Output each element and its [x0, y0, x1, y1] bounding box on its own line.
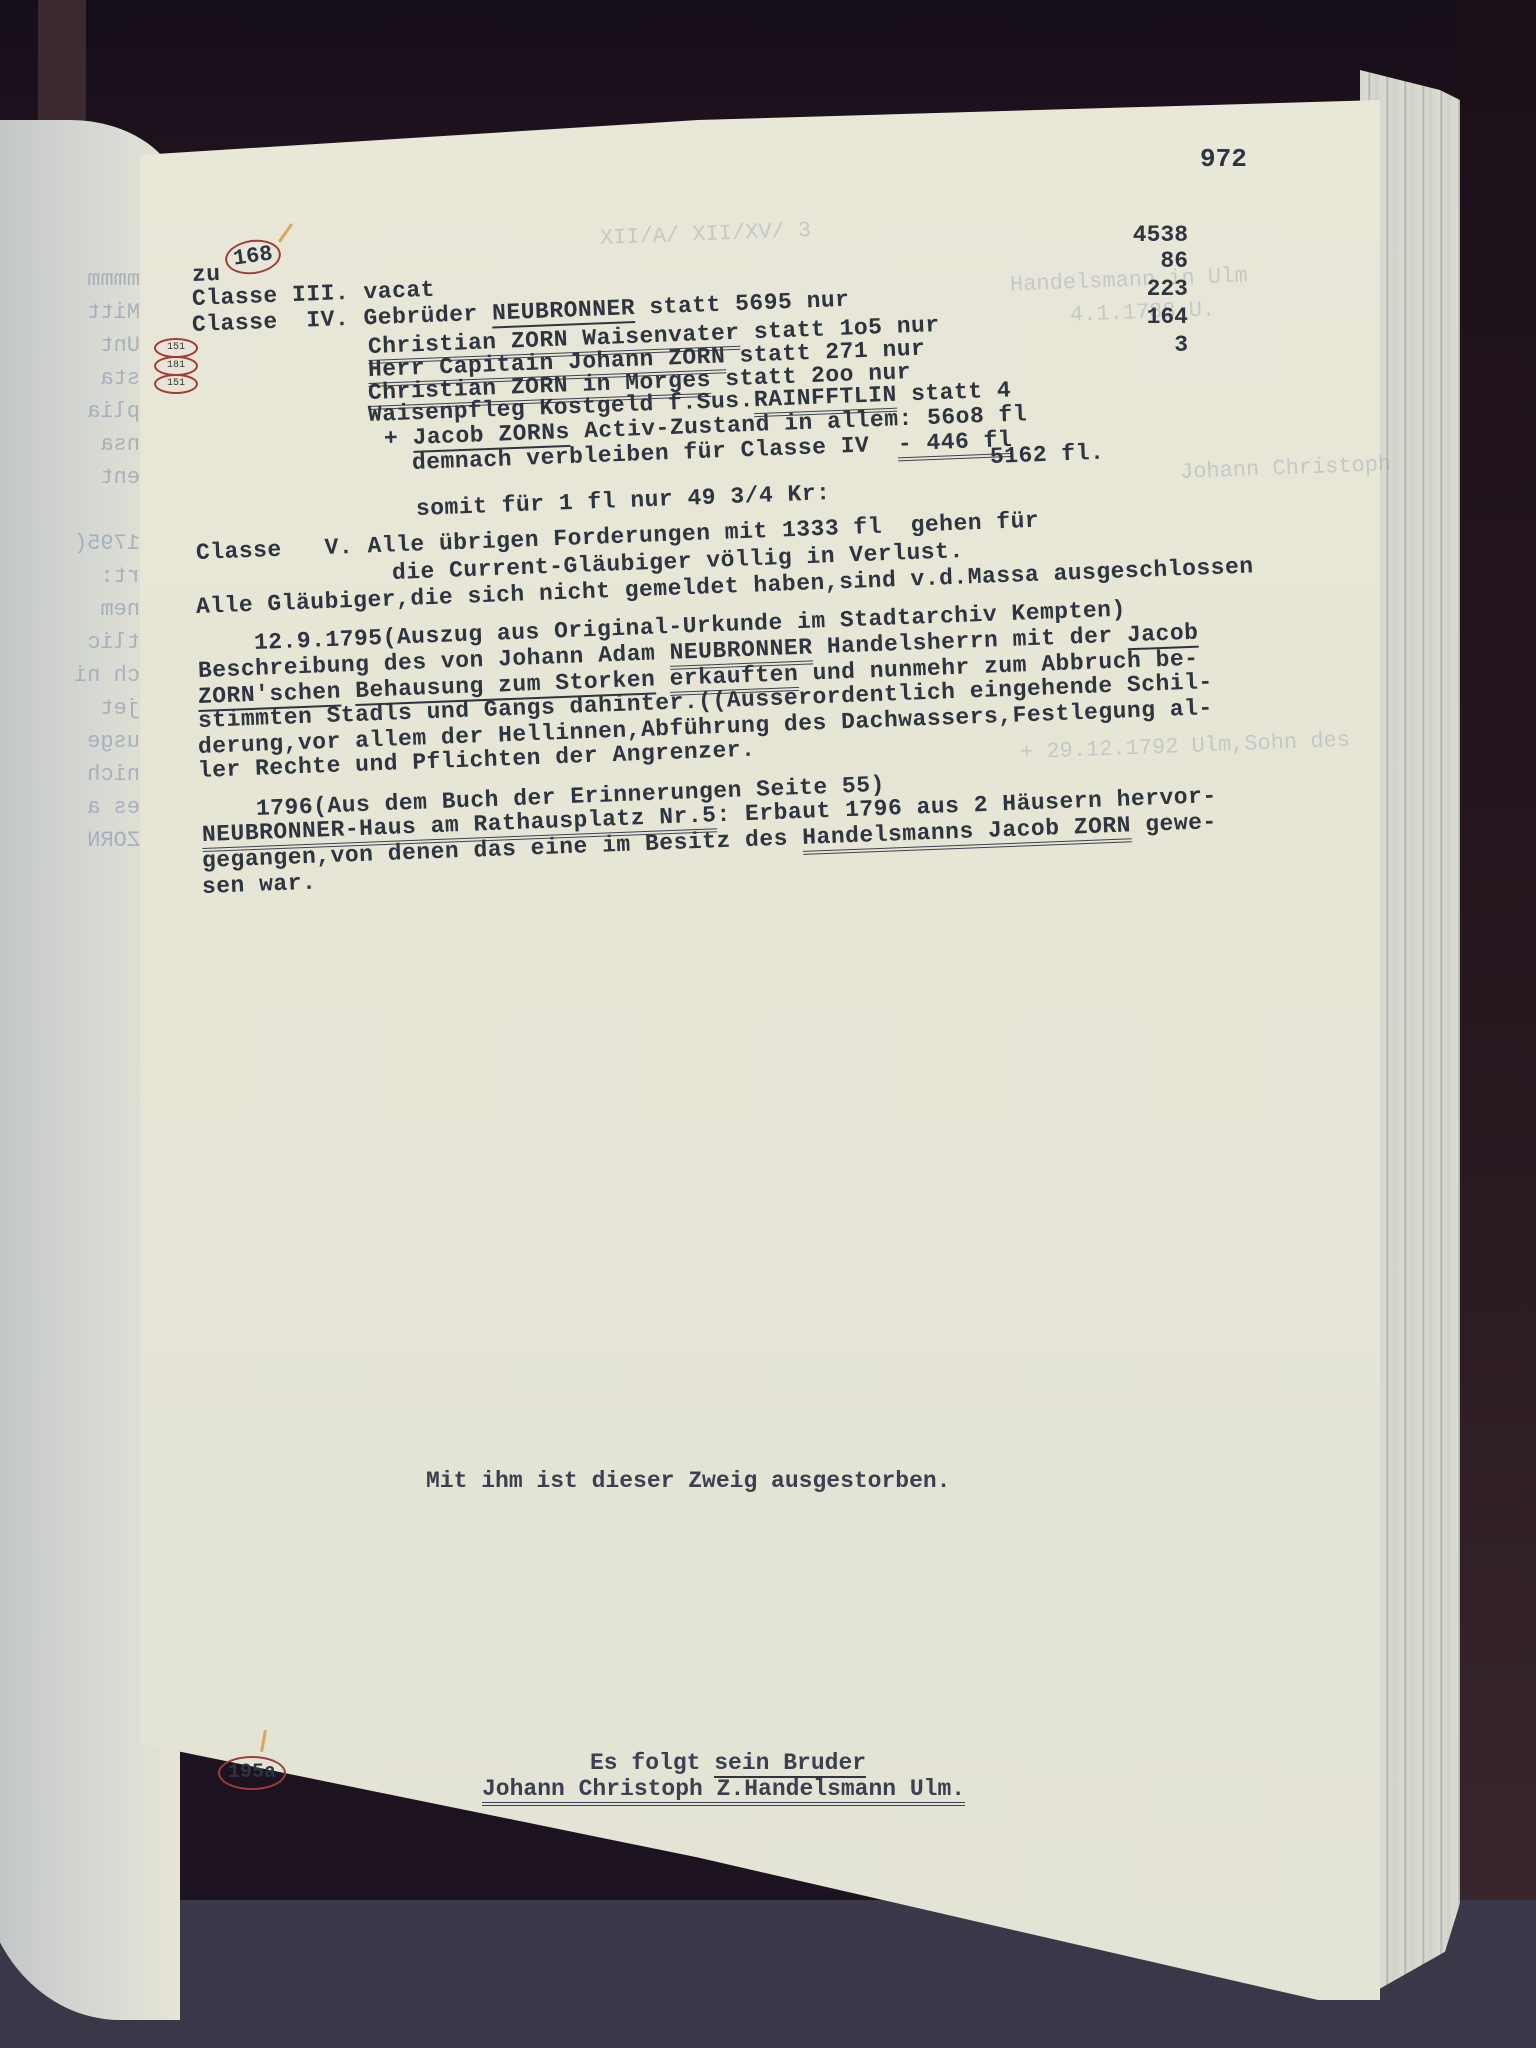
- remaining-total: 5162 fl.: [989, 440, 1104, 471]
- name-neubronner: NEUBRONNER: [492, 295, 636, 328]
- pencil-mark-top: [278, 223, 293, 243]
- margin-ref-2: 181: [154, 356, 198, 376]
- ref-bottom-circled: 195a: [218, 1756, 286, 1790]
- typed-document: 972 zu 168 Classe III. vacat Classe IV. …: [0, 0, 1536, 2048]
- branch-extinct-note: Mit ihm ist dieser Zweig ausgestorben.: [426, 1468, 951, 1495]
- entry-1796-line-4: sen war.: [201, 870, 316, 901]
- pencil-mark-bottom: [260, 1730, 267, 1752]
- margin-ref-3: 151: [154, 374, 198, 394]
- amount-col-1: 4538: [1118, 222, 1188, 249]
- amount-col-5: 3: [1118, 332, 1188, 359]
- follows-brother-line: Es folgt sein Bruder: [590, 1750, 866, 1777]
- amount-col-3: 223: [1118, 276, 1188, 303]
- rate-per-florin: somit für 1 fl nur 49 3/4 Kr:: [415, 480, 830, 523]
- amount-col-2: 86: [1118, 248, 1188, 275]
- margin-reference-stack: 151 181 151: [154, 340, 198, 394]
- page-number: 972: [1200, 146, 1247, 173]
- ref-top-circled: 168: [223, 236, 283, 277]
- amount-col-4: 164: [1118, 304, 1188, 331]
- brother-name-line: Johann Christoph Z.Handelsmann Ulm.: [482, 1776, 965, 1803]
- margin-ref-1: 151: [154, 338, 198, 358]
